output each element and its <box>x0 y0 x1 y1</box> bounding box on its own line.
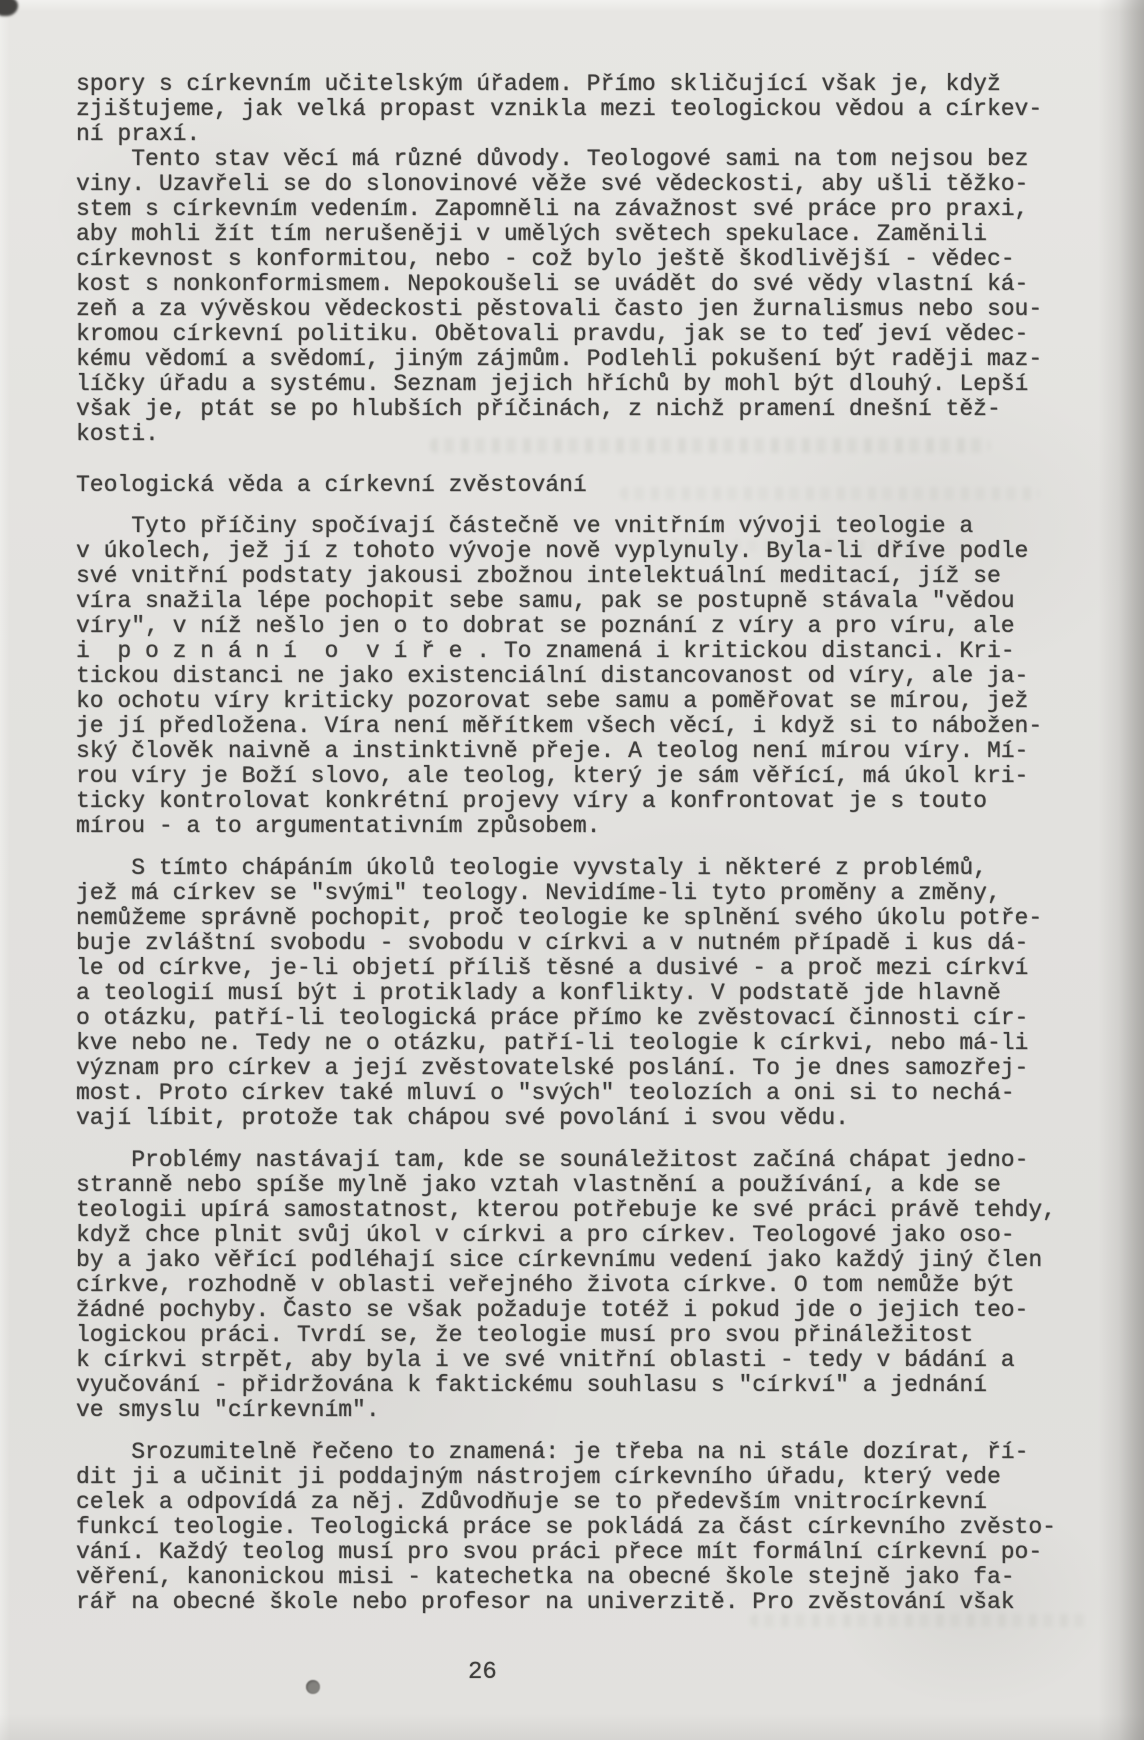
bleed-through-smudge <box>750 1614 1090 1627</box>
paragraph-continuation: spory s církevním učitelským úřadem. Pří… <box>76 72 1124 147</box>
paragraph: Problémy nastávají tam, kde se sounáleži… <box>76 1148 1124 1423</box>
page-number: 26 <box>468 1660 497 1686</box>
ink-dot-artifact <box>306 1680 320 1694</box>
section-heading: Teologická věda a církevní zvěstování <box>76 473 1124 498</box>
paragraph: S tímto chápáním úkolů teologie vyvstaly… <box>76 856 1124 1131</box>
paragraph: Srozumitelně řečeno to znamená: je třeba… <box>76 1440 1124 1615</box>
paragraph: Tyto příčiny spočívají částečně ve vnitř… <box>76 514 1124 839</box>
paragraph: Tento stav věcí má různé důvody. Teologo… <box>76 147 1124 447</box>
page-content: spory s církevním učitelským úřadem. Pří… <box>0 0 1144 1615</box>
scan-edge-bottom <box>0 1714 1144 1740</box>
scanned-document-page: spory s církevním učitelským úřadem. Pří… <box>0 0 1144 1740</box>
